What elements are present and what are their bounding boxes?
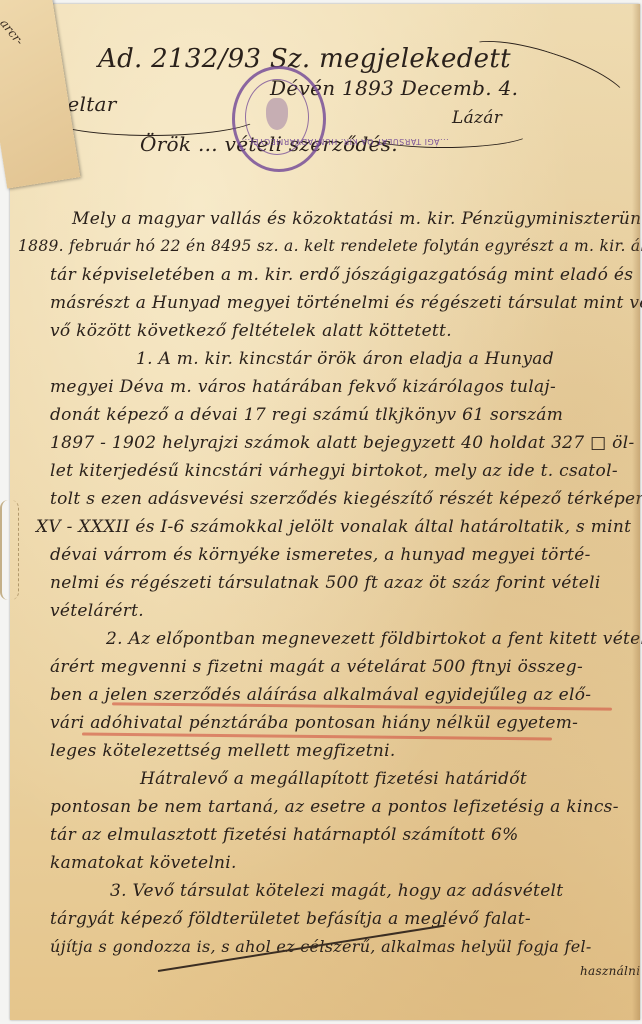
- body-line-20: leges kötelezettség mellett megfizetni.: [50, 741, 396, 761]
- body-line-1: Mely a magyar vallás és közoktatási m. k…: [72, 209, 642, 229]
- body-line-15: vételárért.: [50, 601, 144, 621]
- body-line-11: tolt s ezen adásvevési szerződés kiegész…: [50, 489, 642, 509]
- body-line-4: másrészt a Hunyad megyei történelmi és r…: [50, 293, 642, 313]
- body-line-19: vári adóhivatal pénztárába pontosan hián…: [50, 713, 578, 733]
- official-stamp: ...ÁGI TÁRSULAT ÓA KIR. HUNYADVÁRMEGYEI.…: [232, 66, 326, 172]
- stamp-text: ...ÁGI TÁRSULAT ÓA KIR. HUNYADVÁRMEGYEI.…: [241, 137, 449, 146]
- body-line-14: nelmi és régészeti társulatnak 500 ft az…: [50, 573, 601, 593]
- body-line-16: 2. Az előpontban megnevezett földbirtoko…: [106, 629, 642, 649]
- body-line-13: dévai várrom és környéke ismeretes, a hu…: [50, 545, 591, 565]
- body-line-22: pontosan be nem tartaná, az esetre a pon…: [50, 797, 619, 817]
- header-reference: Ad. 2132/93 Sz. megjelekedett: [98, 44, 511, 74]
- body-line-25: 3. Vevő társulat kötelezi magát, hogy az…: [110, 881, 563, 901]
- body-line-8: donát képező a dévai 17 regi számú tlkjk…: [50, 405, 563, 425]
- slip-text: ...arcr-: [0, 7, 27, 48]
- red-pencil-underline-2: [82, 733, 552, 741]
- binding-string: [0, 500, 19, 600]
- body-line-27: újítja s gondozza is, s ahol ez célszerű…: [50, 937, 592, 956]
- body-line-6: 1. A m. kir. kincstár örök áron eladja a…: [136, 349, 554, 369]
- body-line-10: let kiterjedésű kincstári várhegyi birto…: [50, 461, 618, 481]
- body-line-3: tár képviseletében a m. kir. erdő jószág…: [50, 265, 633, 285]
- body-line-12: XV - XXXII és I-6 számokkal jelölt vonal…: [36, 517, 631, 537]
- body-line-2: 1889. február hó 22 én 8495 sz. a. kelt …: [18, 237, 642, 255]
- body-line-5: vő között következő feltételek alatt köt…: [50, 321, 452, 341]
- catchword: használni: [580, 964, 640, 978]
- document-page: Ad. 2132/93 Sz. megjelekedett ...ÁGI TÁR…: [10, 4, 640, 1020]
- body-line-26: tárgyát képező földterületet befásítja a…: [50, 909, 531, 929]
- body-line-23: tár az elmulasztott fizetési határnaptól…: [50, 825, 519, 845]
- body-line-7: megyei Déva m. város határában fekvő kiz…: [50, 377, 556, 397]
- body-line-21: Hátralevő a megállapított fizetési határ…: [140, 769, 527, 789]
- crest-icon: [266, 98, 288, 130]
- body-line-17: árért megvenni s fizetni magát a vételár…: [50, 657, 583, 677]
- signature-left-flourish: [40, 94, 262, 136]
- body-line-9: 1897 - 1902 helyrajzi számok alatt bejeg…: [50, 433, 635, 453]
- body-line-24: kamatokat követelni.: [50, 853, 237, 873]
